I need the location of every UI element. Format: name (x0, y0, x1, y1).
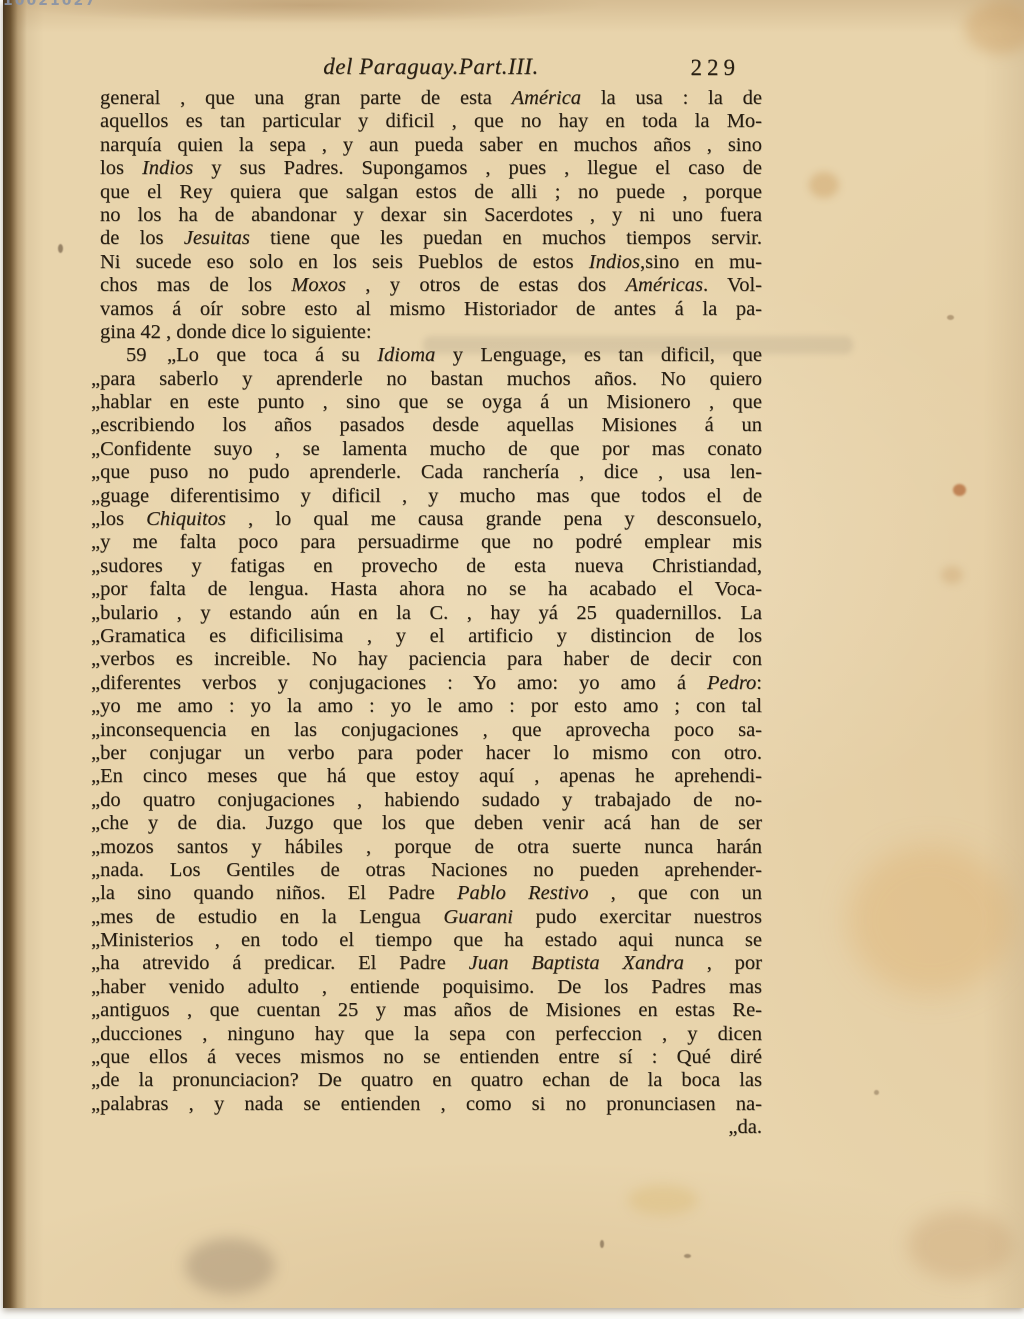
text-line: „que puso no pudo aprenderle. Cada ranch… (100, 461, 762, 484)
text-line: „ha atrevido á predicar. El Padre Juan B… (100, 952, 762, 975)
text-line: gina 42 , donde dice lo siguiente: (100, 321, 762, 344)
text-line: vamos á oír sobre esto al mismo Historia… (100, 298, 762, 321)
text-segment: „haber venido adulto , entiende poquisim… (91, 976, 762, 998)
text-line: „inconsequencia en las conjugaciones , q… (100, 719, 762, 742)
text-line: no los ha de abandonar y dexar sin Sacer… (100, 204, 762, 227)
ink-speck (684, 1254, 691, 1258)
text-segment: 59 „Lo que toca á su (126, 344, 377, 366)
text-line: „nada. Los Gentiles de otras Naciones no… (100, 859, 762, 882)
red-dot-stain (953, 484, 966, 496)
library-stamp-number: 10021027 (3, 0, 97, 9)
text-segment: „Confidente suyo , se lamenta mucho de q… (91, 438, 762, 460)
text-line: „y me falta poco para persuadirme que no… (100, 531, 762, 554)
page-number: 229 (691, 55, 741, 81)
text-segment: narquía quien la sepa , y aun pueda sabe… (100, 134, 762, 156)
body-text: general , que una gran parte de esta Amé… (100, 87, 762, 1140)
text-line: „sudores y fatigas en provecho de esta n… (100, 555, 762, 578)
text-segment: „sudores y fatigas en provecho de esta n… (91, 555, 762, 577)
text-segment: Ni sucede eso solo en los seis Pueblos d… (100, 251, 589, 273)
text-line: „haber venido adulto , entiende poquisim… (100, 976, 762, 999)
text-line: „Confidente suyo , se lamenta mucho de q… (100, 438, 762, 461)
italic-text-segment: Pablo Restivo (457, 882, 589, 904)
text-segment: „inconsequencia en las conjugaciones , q… (91, 719, 762, 741)
text-line: „palabras , y nada se entienden , como s… (100, 1093, 762, 1116)
text-segment: que el Rey quiera que salgan estos de al… (100, 181, 762, 203)
text-line: „de la pronunciacion? De quatro en quatr… (100, 1069, 762, 1092)
italic-text-segment: Chiquitos (146, 508, 226, 530)
text-line: „do quatro conjugaciones , habiendo suda… (100, 789, 762, 812)
text-line: chos mas de los Moxos , y otros de estas… (100, 274, 762, 297)
italic-text-segment: Américas (626, 274, 703, 296)
text-line: „yo me amo : yo la amo : yo le amo : por… (100, 695, 762, 718)
text-segment: de los (100, 227, 184, 249)
text-segment: no los ha de abandonar y dexar sin Sacer… (100, 204, 762, 226)
binding-gutter-shadow (3, 0, 27, 1308)
ink-speck (947, 315, 954, 320)
text-line: „da. (100, 1116, 762, 1139)
corner-stain (965, 2, 1024, 54)
text-line: „ber conjugar un verbo para poder hacer … (100, 742, 762, 765)
foxing-blotch (848, 845, 1013, 995)
text-segment: y Lenguage, es tan dificil, que (435, 344, 762, 366)
text-segment: . Vol- (703, 274, 762, 296)
text-segment: „los (91, 508, 146, 530)
text-segment: , por (684, 952, 762, 974)
text-segment: „ber conjugar un verbo para poder hacer … (91, 742, 762, 764)
text-segment: la usa : la de (581, 87, 762, 109)
text-line: „por falta de lengua. Hasta ahora no se … (100, 578, 762, 601)
text-segment: „da. (728, 1116, 762, 1138)
text-segment: „por falta de lengua. Hasta ahora no se … (91, 578, 762, 600)
text-segment: los (100, 157, 142, 179)
text-line: „la sino quando niños. El Padre Pablo Re… (100, 882, 762, 905)
text-line: „Ministerios , en todo el tiempo que ha … (100, 929, 762, 952)
text-line: los Indios y sus Padres. Supongamos , pu… (100, 157, 762, 180)
ink-speck (600, 1240, 604, 1248)
text-segment: „diferentes verbos y conjugaciones : Yo … (91, 672, 707, 694)
text-line: 59 „Lo que toca á su Idioma y Lenguage, … (100, 344, 762, 367)
text-segment: gina 42 , donde dice lo siguiente: (100, 321, 372, 343)
text-segment: „que ellos á veces mismos no se entiende… (91, 1046, 762, 1068)
text-line: „bulario , y estando aún en la C. , hay … (100, 602, 762, 625)
running-header: del Paraguay.Part.III. 229 (100, 54, 762, 86)
text-segment: „bulario , y estando aún en la C. , hay … (91, 602, 762, 624)
text-segment: general , que una gran parte de esta (100, 87, 512, 109)
text-segment: „palabras , y nada se entienden , como s… (91, 1093, 762, 1115)
book-page-scan: del Paraguay.Part.III. 229 general , que… (0, 0, 1024, 1319)
text-line: Ni sucede eso solo en los seis Pueblos d… (100, 251, 762, 274)
text-segment: „yo me amo : yo la amo : yo le amo : por… (91, 695, 762, 717)
text-segment: „mozos santos y hábiles , porque de otra… (91, 836, 762, 858)
text-segment: „que puso no pudo aprenderle. Cada ranch… (91, 461, 762, 483)
text-line: „che y de dia. Juzgo que los que deben v… (100, 812, 762, 835)
text-line: „guage diferentisimo y dificil , y mucho… (100, 485, 762, 508)
italic-text-segment: Moxos (291, 274, 346, 296)
text-line: „para saberlo y aprenderle no bastan muc… (100, 368, 762, 391)
text-segment: „ducciones , ninguno hay que la sepa con… (91, 1023, 762, 1045)
text-line: „Gramatica es dificilisima , y el artifi… (100, 625, 762, 648)
text-segment: „do quatro conjugaciones , habiendo suda… (91, 789, 762, 811)
text-segment: aquellos es tan particular y dificil , q… (100, 110, 762, 132)
text-segment: pudo exercitar nuestros (513, 906, 762, 928)
text-line: „verbos es increible. No hay paciencia p… (100, 648, 762, 671)
text-line: „que ellos á veces mismos no se entiende… (100, 1046, 762, 1069)
text-segment: ,sino en mu- (640, 251, 762, 273)
text-segment: „de la pronunciacion? De quatro en quatr… (91, 1069, 762, 1091)
text-line: „escribiendo los años pasados desde aque… (100, 414, 762, 437)
italic-text-segment: Pedro (707, 672, 756, 694)
yellow-spot (628, 1185, 698, 1215)
bottom-right-stain (908, 1210, 1013, 1280)
text-line: „antiguos , que cuentan 25 y mas años de… (100, 999, 762, 1022)
italic-text-segment: Indios (142, 157, 193, 179)
text-segment: „Ministerios , en todo el tiempo que ha … (91, 929, 762, 951)
text-segment: „mes de estudio en la Lengua (91, 906, 443, 928)
italic-text-segment: Idioma (377, 344, 435, 366)
text-segment: „antiguos , que cuentan 25 y mas años de… (91, 999, 762, 1021)
text-line: „En cinco meses que há que estoy aquí , … (100, 765, 762, 788)
text-line: „los Chiquitos , lo qual me causa grande… (100, 508, 762, 531)
text-segment: , que con un (588, 882, 762, 904)
text-segment: „verbos es increible. No hay paciencia p… (91, 648, 762, 670)
text-line: „mozos santos y hábiles , porque de otra… (100, 836, 762, 859)
text-segment: „Gramatica es dificilisima , y el artifi… (91, 625, 762, 647)
text-segment: tiene que les puedan en muchos tiempos s… (250, 227, 762, 249)
text-segment: „guage diferentisimo y dificil , y mucho… (91, 485, 762, 507)
running-title: del Paraguay.Part.III. (100, 54, 762, 80)
text-line: de los Jesuitas tiene que les puedan en … (100, 227, 762, 250)
bottom-smudge (185, 1238, 275, 1294)
text-line: „ducciones , ninguno hay que la sepa con… (100, 1023, 762, 1046)
italic-text-segment: Indios (589, 251, 640, 273)
text-line: „mes de estudio en la Lengua Guarani pud… (100, 906, 762, 929)
small-smudge (941, 566, 963, 584)
text-segment: : (756, 672, 762, 694)
foxing-spot (809, 172, 839, 198)
text-segment: „che y de dia. Juzgo que los que deben v… (91, 812, 762, 834)
text-segment: „ha atrevido á predicar. El Padre (91, 952, 469, 974)
text-line: „diferentes verbos y conjugaciones : Yo … (100, 672, 762, 695)
text-segment: y sus Padres. Supongamos , pues , llegue… (193, 157, 762, 179)
text-segment: „para saberlo y aprenderle no bastan muc… (91, 368, 762, 390)
text-line: aquellos es tan particular y dificil , q… (100, 110, 762, 133)
text-segment: „nada. Los Gentiles de otras Naciones no… (91, 859, 762, 881)
paper-page: del Paraguay.Part.III. 229 general , que… (3, 0, 1024, 1308)
ink-speck (58, 244, 63, 253)
text-line: narquía quien la sepa , y aun pueda sabe… (100, 134, 762, 157)
text-segment: „y me falta poco para persuadirme que no… (91, 531, 762, 553)
text-line: „hablar en este punto , sino que se oyga… (100, 391, 762, 414)
italic-text-segment: América (512, 87, 581, 109)
text-segment: , lo qual me causa grande pena y descons… (226, 508, 762, 530)
text-segment: , y otros de estas dos (346, 274, 626, 296)
text-segment: „En cinco meses que há que estoy aquí , … (91, 765, 762, 787)
text-line: que el Rey quiera que salgan estos de al… (100, 181, 762, 204)
italic-text-segment: Juan Baptista Xandra (469, 952, 684, 974)
text-segment: chos mas de los (100, 274, 291, 296)
text-line: general , que una gran parte de esta Amé… (100, 87, 762, 110)
italic-text-segment: Guarani (443, 906, 512, 928)
text-segment: „la sino quando niños. El Padre (91, 882, 457, 904)
text-segment: „escribiendo los años pasados desde aque… (91, 414, 762, 436)
ink-speck (874, 1090, 879, 1095)
text-segment: vamos á oír sobre esto al mismo Historia… (100, 298, 762, 320)
italic-text-segment: Jesuitas (184, 227, 250, 249)
text-segment: „hablar en este punto , sino que se oyga… (91, 391, 762, 413)
